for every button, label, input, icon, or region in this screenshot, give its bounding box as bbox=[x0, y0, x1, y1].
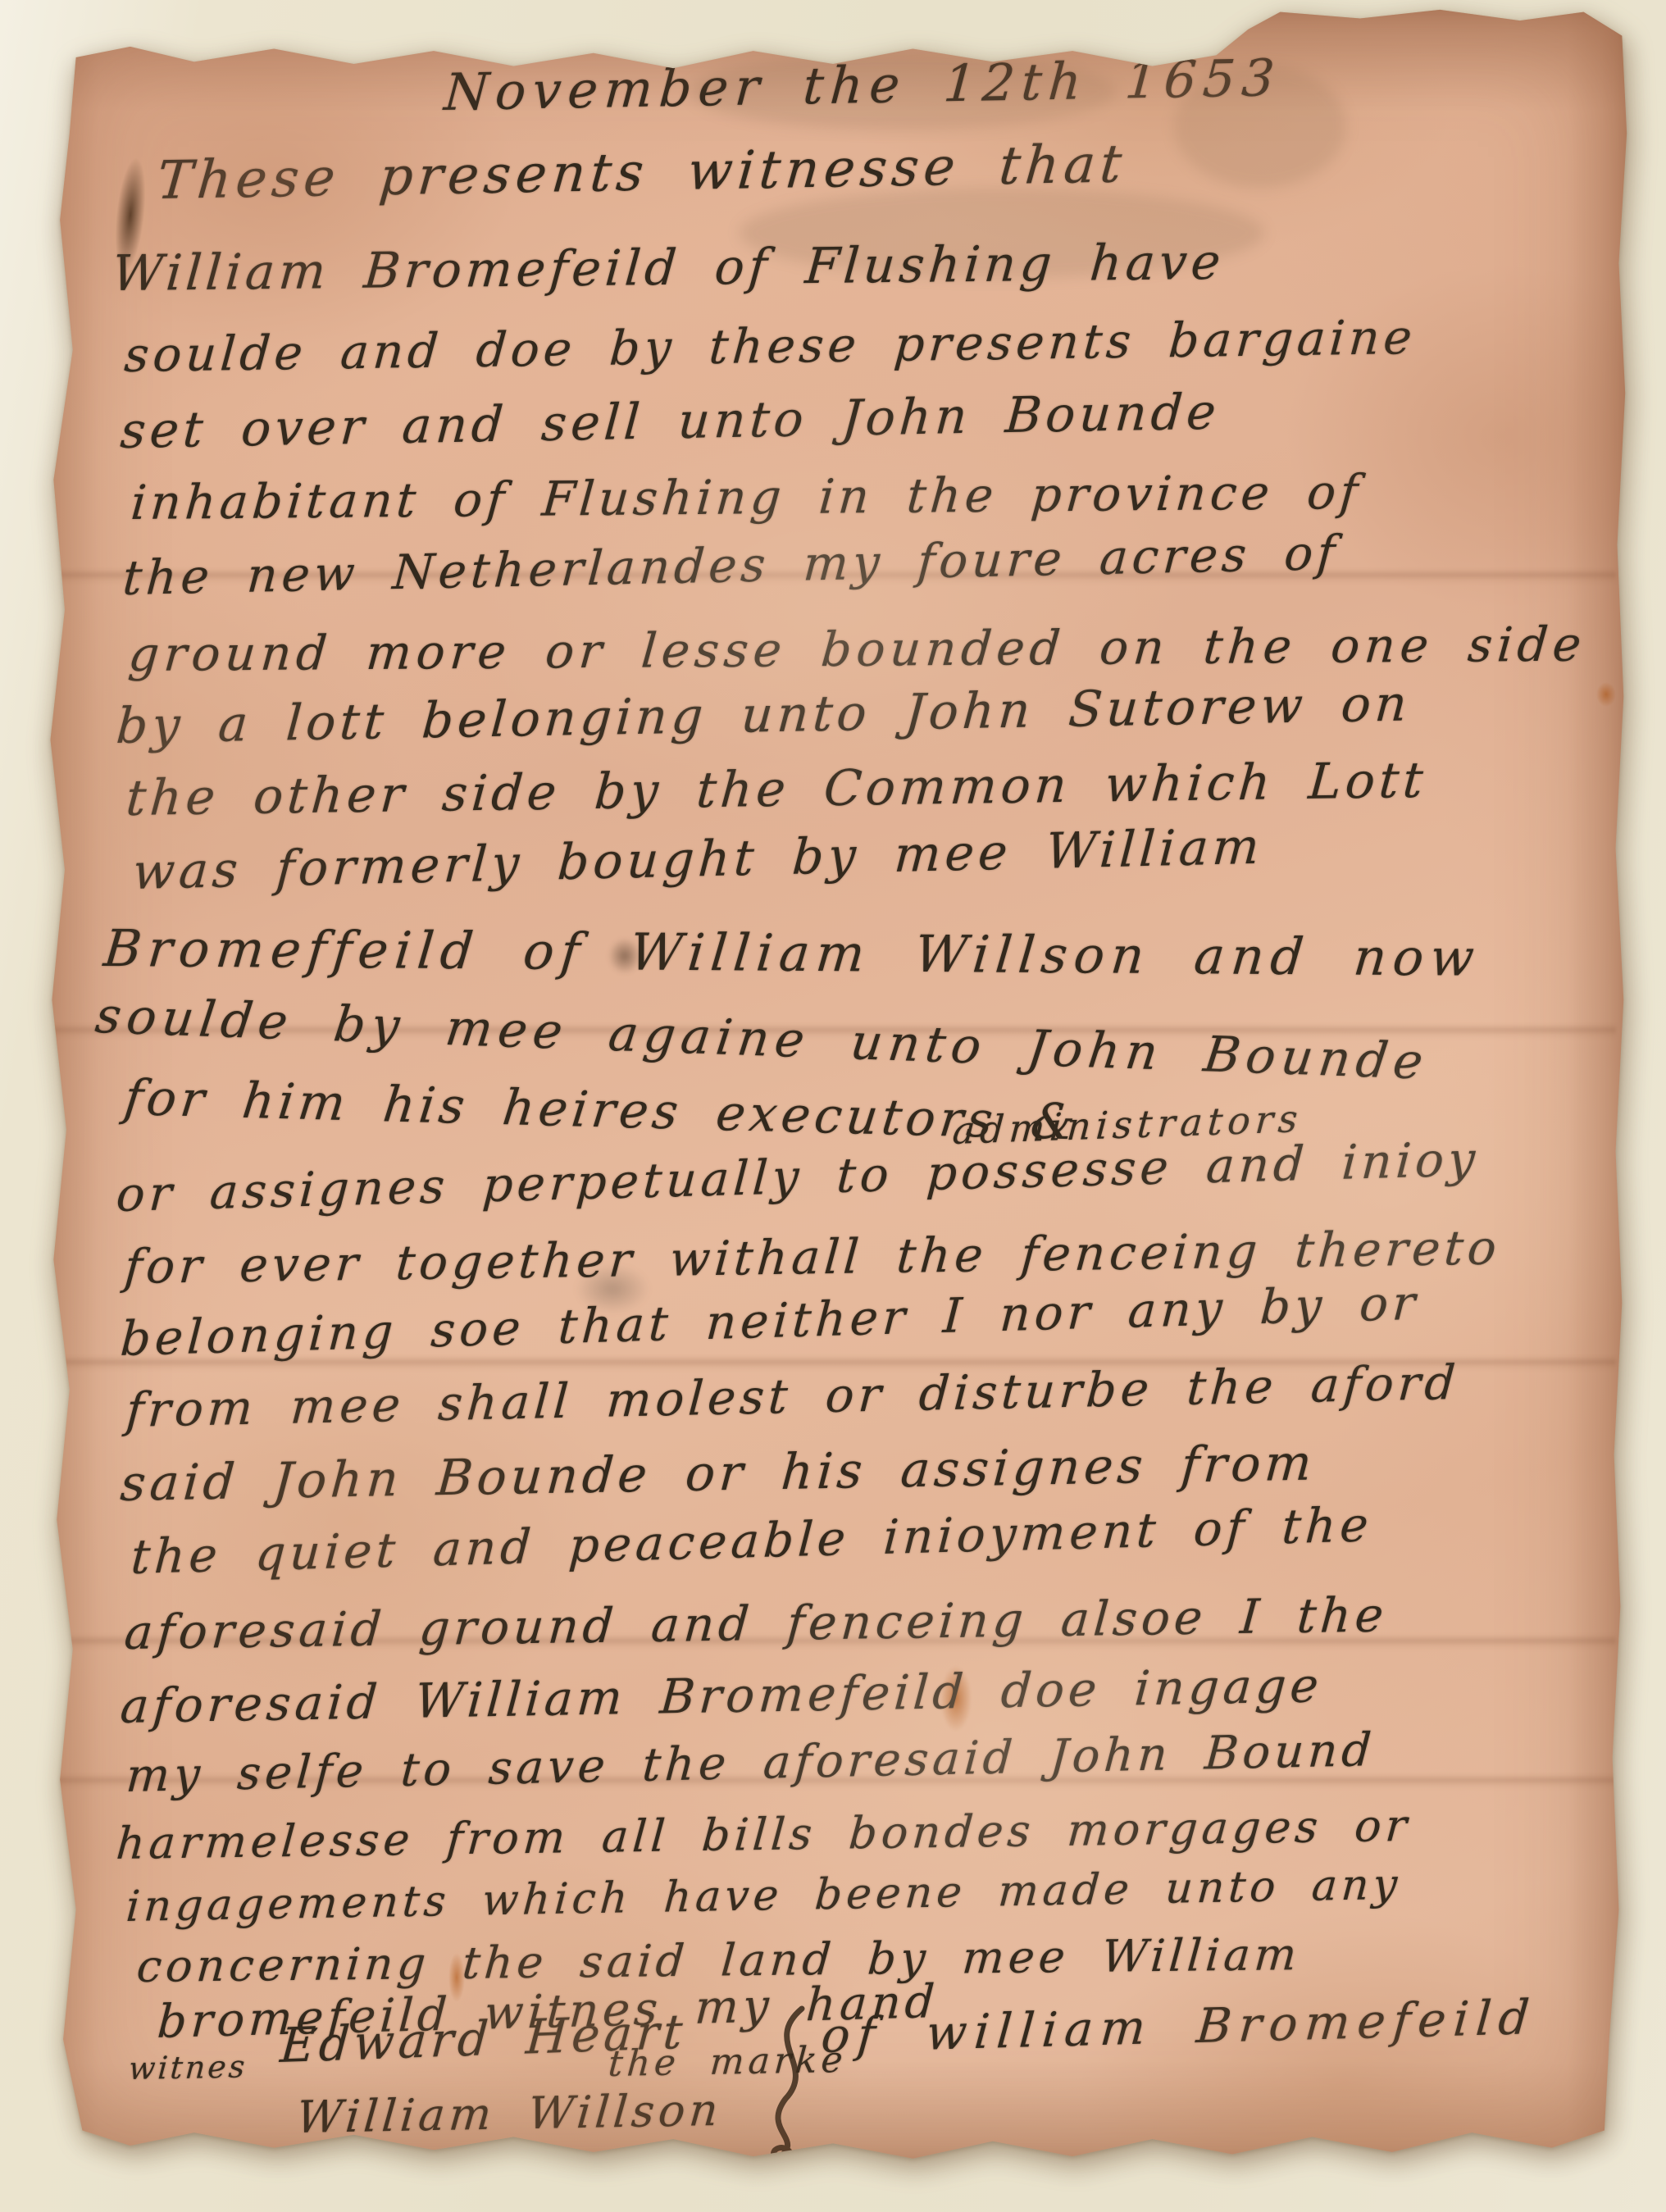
manuscript-line: ingagements which have beene made unto a… bbox=[125, 1864, 1403, 1928]
manuscript-line: was formerly bought by mee William bbox=[131, 822, 1265, 897]
manuscript-line: set over and sell unto John Bounde bbox=[119, 388, 1222, 456]
manuscript-line: soulde by mee againe unto John Bounde bbox=[93, 991, 1431, 1087]
manuscript-line: said John Bounde or his assignes from bbox=[119, 1439, 1318, 1509]
manuscript-line: for him his heires executors & bbox=[122, 1073, 1082, 1147]
manuscript-line: by a lott belonging unto John Sutorew on bbox=[115, 679, 1413, 751]
manuscript-line: aforesaid ground and fenceing alsoe I th… bbox=[123, 1591, 1389, 1656]
manuscript-line: the quiet and peaceable inioyment of the bbox=[130, 1500, 1373, 1581]
scanner-mat-background: November the 12th 1653 These presents wi… bbox=[0, 0, 1666, 2212]
manuscript-line: inhabitant of Flushing in the province o… bbox=[130, 468, 1363, 526]
witness-signature-william-willson: William Willson bbox=[295, 2088, 724, 2140]
witness-label: witnes bbox=[128, 2050, 248, 2084]
manuscript-line: These presents witnesse that bbox=[155, 138, 1128, 207]
manuscript-line: William Bromefeild of Flushing have bbox=[111, 238, 1227, 298]
paper-shadow-wrap: November the 12th 1653 These presents wi… bbox=[0, 0, 1666, 2212]
manuscript-line: soulde and doe by these presents bargain… bbox=[123, 313, 1418, 379]
manuscript-line: or assignes perpetually to possesse and … bbox=[115, 1135, 1480, 1218]
date-line: November the 12th 1653 bbox=[443, 52, 1282, 118]
manuscript-line: from mee shall molest or disturbe the af… bbox=[125, 1359, 1461, 1434]
rust-spot bbox=[1596, 682, 1616, 707]
manuscript-line: aforesaid William Bromefeild doe ingage bbox=[119, 1661, 1324, 1730]
manuscript-paper: November the 12th 1653 These presents wi… bbox=[34, 3, 1632, 2169]
manuscript-line: harmelesse from all bills bondes morgage… bbox=[115, 1804, 1413, 1866]
manuscript-line: my selfe to save the aforesaid John Boun… bbox=[125, 1727, 1377, 1800]
manuscript-line: ground more or lesse bounded on the one … bbox=[127, 621, 1588, 678]
manuscript-line: the new Netherlandes my foure acres of bbox=[121, 529, 1341, 602]
manuscript-line: Bromeffeild of William Willson and now bbox=[102, 923, 1482, 984]
manuscript-line: the other side by the Common which Lott bbox=[125, 756, 1429, 823]
